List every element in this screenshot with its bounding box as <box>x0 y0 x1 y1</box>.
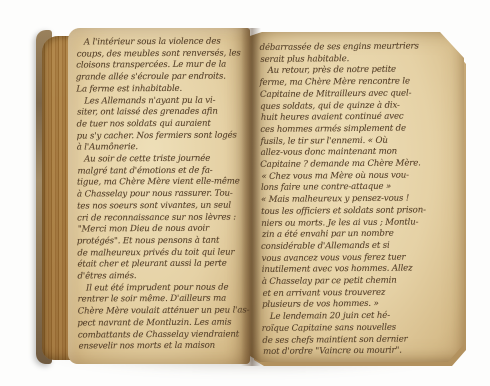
handwriting-line: Au soir de cette triste journée <box>76 154 244 167</box>
handwriting-line: roïque Capitaine sans nouvelles <box>262 322 457 336</box>
handwriting-line: à Chasselay pour nous rassurer. Tou- <box>77 189 245 202</box>
handwriting-line: huit heures avaient continué avec <box>261 111 456 125</box>
handwriting-line: Les Allemands n'ayant pu la vi- <box>76 95 244 108</box>
handwriting-line: pu s'y cacher. Nos fermiers sont logés <box>77 130 245 143</box>
handwriting-line: La ferme est inhabitable. <box>76 83 244 96</box>
handwriting-line: malgré tant d'émotions et de fa- <box>77 165 245 178</box>
handwriting-line: ensevelir nos morts et la maison <box>79 341 247 354</box>
photo-background: A l'intérieur sous la violence descoups,… <box>0 0 490 386</box>
handwriting-line: mot d'ordre "Vaincre ou mourir". <box>263 345 458 359</box>
handwriting-line: était cher et pleurant aussi la perte <box>77 259 245 272</box>
handwriting-line: considérable d'Allemands et si <box>261 240 456 254</box>
handwriting-line: protégés". Et nous pensons à tant <box>77 235 245 248</box>
handwriting-line: Il eut été imprudent pour nous de <box>78 282 246 295</box>
left-page-handwriting: A l'intérieur sous la violence descoups,… <box>67 27 251 353</box>
handwriting-line: tes nos soeurs sont vivantes, un seul <box>77 200 245 213</box>
handwriting-line: "Merci mon Dieu de nous avoir <box>78 224 246 237</box>
handwriting-line: serait plus habitable. <box>260 53 455 67</box>
notebook: A l'intérieur sous la violence descoups,… <box>38 24 464 366</box>
handwriting-line: de tuer nos soldats qui auraient <box>77 118 245 131</box>
handwriting-line: grande allée s'écroule par endroits. <box>76 72 244 85</box>
handwriting-line: d'êtres aimés. <box>77 271 245 284</box>
right-page-handwriting: débarrassée de ses engins meurtrierssera… <box>248 31 465 359</box>
handwriting-line: coups, des meubles sont renversés, les <box>77 48 245 61</box>
right-page: débarrassée de ses engins meurtrierssera… <box>250 32 464 362</box>
handwriting-line: et en arrivant vous trouverez <box>262 287 457 301</box>
handwriting-line: à l'Aumônerie. <box>77 142 245 155</box>
handwriting-line: pect navrant de Montluzin. Les amis <box>77 317 245 330</box>
handwriting-line: ferme, ma Chère Mère rencontre le <box>259 76 454 90</box>
handwriting-line: Chère Mère voulait atténuer un peu l'as- <box>78 306 246 319</box>
handwriting-line: « Chez vous ma Mère où nous vou- <box>261 170 456 184</box>
left-page: A l'intérieur sous la violence descoups,… <box>68 28 250 364</box>
handwriting-line: combattants de Chasselay viendraient <box>78 329 246 342</box>
handwriting-line: cloisons transpercées. Le mur de la <box>76 60 244 73</box>
handwriting-line: siter, ont laissé des grenades afin <box>77 107 245 120</box>
handwriting-line: A l'intérieur sous la violence des <box>76 36 244 49</box>
handwriting-line: cri de reconnaissance sur nos lèvres : <box>77 212 245 225</box>
